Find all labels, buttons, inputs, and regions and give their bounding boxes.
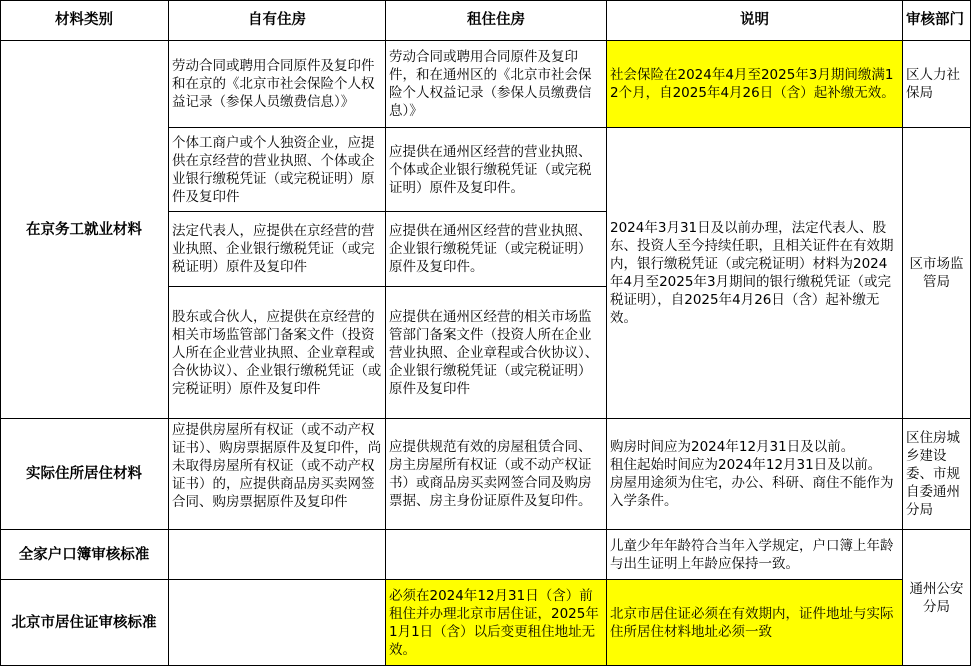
category-residence-permit: 北京市居住证审核标准 bbox=[0, 580, 169, 666]
business-note: 2024年3月31日及以前办理，法定代表人、股东、投资人至今持续任职，且相关证件… bbox=[607, 128, 903, 419]
employment-contract-own: 劳动合同或聘用合同原件及复印件和在京的《北京市社会保险个人权益记录（参保人员缴费… bbox=[169, 41, 386, 128]
header-own-housing: 自有住房 bbox=[169, 0, 386, 41]
employment-contract-note: 社会保险在2024年4月至2025年3月期间缴满12个月，自2025年4月26日… bbox=[607, 41, 903, 128]
header-rented-housing: 租住住房 bbox=[386, 0, 607, 41]
header-category: 材料类别 bbox=[0, 0, 169, 41]
header-department: 审核部门 bbox=[903, 0, 971, 41]
shareholder-rent: 应提供在通州区经营的相关市场监管部门备案文件（投资人所在企业营业执照、企业章程或… bbox=[386, 287, 607, 419]
employment-contract-dept: 区人力社保局 bbox=[903, 41, 971, 128]
hukou-note: 儿童少年年龄符合当年入学规定，户口簿上年龄与出生证明上年龄应保持一致。 bbox=[607, 530, 903, 580]
permit-note: 北京市居住证必须在有效期内，证件地址与实际住所居住材料地址必须一致 bbox=[607, 580, 903, 666]
residence-rent: 应提供规范有效的房屋租赁合同、房主房屋所有权证（或不动产权证书）或商品房买卖网签… bbox=[386, 419, 607, 530]
hukou-rent bbox=[386, 530, 607, 580]
hukou-own bbox=[169, 530, 386, 580]
category-employment: 在京务工就业材料 bbox=[0, 41, 169, 419]
residence-dept: 区住房城乡建设委、市规自委通州分局 bbox=[903, 419, 971, 530]
sole-proprietor-rent: 应提供在通州区经营的营业执照、个体或企业银行缴税凭证（或完税证明）原件及复印件。 bbox=[386, 128, 607, 212]
police-dept: 通州公安分局 bbox=[903, 530, 971, 666]
permit-rent: 必须在2024年12月31日（含）前租住并办理北京市居住证，2025年1月1日（… bbox=[386, 580, 607, 666]
category-residence: 实际住所居住材料 bbox=[0, 419, 169, 530]
requirements-table: 材料类别 自有住房 租住住房 说明 审核部门 在京务工就业材料 劳动合同或聘用合… bbox=[0, 0, 971, 666]
business-dept: 区市场监管局 bbox=[903, 128, 971, 419]
category-hukou: 全家户口簿审核标准 bbox=[0, 530, 169, 580]
residence-note: 购房时间应为2024年12月31日及以前。 租住起始时间应为2024年12月31… bbox=[607, 419, 903, 530]
sole-proprietor-own: 个体工商户或个人独资企业，应提供在京经营的营业执照、个体或企业银行缴税凭证（或完… bbox=[169, 128, 386, 212]
employment-contract-rent: 劳动合同或聘用合同原件及复印件，和在通州区的《北京市社会保险个人权益记录（参保人… bbox=[386, 41, 607, 128]
header-notes: 说明 bbox=[607, 0, 903, 41]
legal-rep-own: 法定代表人，应提供在京经营的营业执照、企业银行缴税凭证（或完税证明）原件及复印件 bbox=[169, 212, 386, 287]
shareholder-own: 股东或合伙人，应提供在京经营的相关市场监管部门备案文件（投资人所在企业营业执照、… bbox=[169, 287, 386, 419]
residence-own: 应提供房屋所有权证（或不动产权证书）、购房票据原件及复印件，尚未取得房屋所有权证… bbox=[169, 419, 386, 530]
legal-rep-rent: 应提供在通州区经营的营业执照、企业银行缴税凭证（或完税证明）原件及复印件。 bbox=[386, 212, 607, 287]
permit-own bbox=[169, 580, 386, 666]
